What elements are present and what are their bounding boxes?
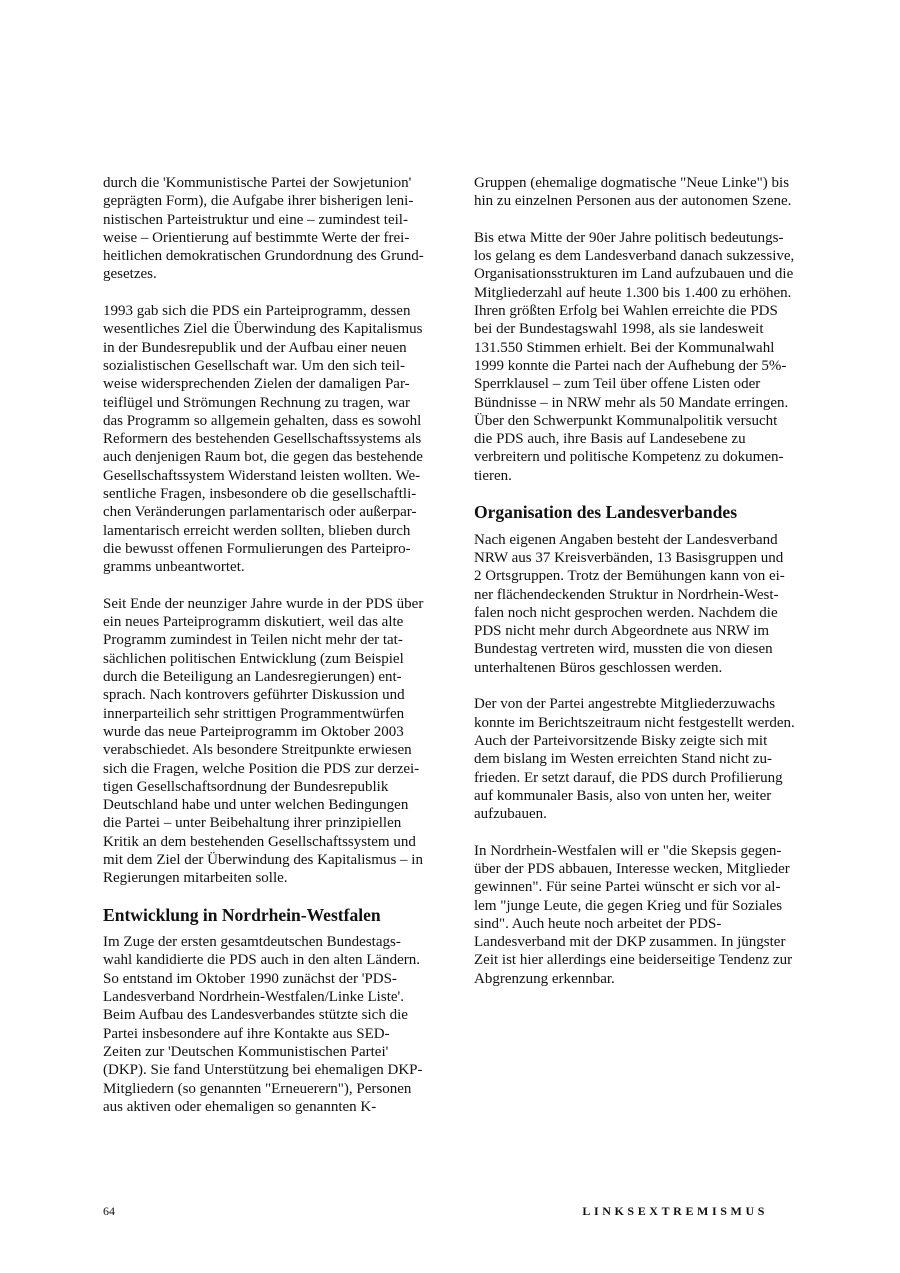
text-line: Partei insbesondere auf ihre Kontakte au… bbox=[103, 1025, 443, 1043]
text-line: Organisationsstrukturen im Land aufzubau… bbox=[474, 265, 814, 283]
text-line: NRW aus 37 Kreisverbänden, 13 Basisgrupp… bbox=[474, 549, 814, 567]
paragraph: Bis etwa Mitte der 90er Jahre politisch … bbox=[474, 229, 814, 485]
text-line: Der von der Partei angestrebte Mitgliede… bbox=[474, 695, 814, 713]
text-line: Gruppen (ehemalige dogmatische "Neue Lin… bbox=[474, 174, 814, 192]
text-line: Landesverband Nordrhein-Westfalen/Linke … bbox=[103, 988, 443, 1006]
paragraph: Gruppen (ehemalige dogmatische "Neue Lin… bbox=[474, 174, 814, 211]
text-line: Über den Schwerpunkt Kommunalpolitik ver… bbox=[474, 412, 814, 430]
text-line: weise – Orientierung auf bestimmte Werte… bbox=[103, 229, 443, 247]
text-line: Abgrenzung erkennbar. bbox=[474, 970, 814, 988]
text-line: gesetzes. bbox=[103, 265, 443, 283]
text-line: konnte im Berichtszeitraum nicht festges… bbox=[474, 714, 814, 732]
text-line: nistischen Parteistruktur und eine – zum… bbox=[103, 211, 443, 229]
text-line: tigen Gesellschaftsordnung der Bundesrep… bbox=[103, 778, 443, 796]
text-line: 1999 konnte die Partei nach der Aufhebun… bbox=[474, 357, 814, 375]
text-line: Im Zuge der ersten gesamtdeutschen Bunde… bbox=[103, 933, 443, 951]
section-heading: Entwicklung in Nordrhein-Westfalen bbox=[103, 906, 443, 924]
text-line: ein neues Parteiprogramm diskutiert, wei… bbox=[103, 613, 443, 631]
text-line: lamentarisch erreicht werden sollten, bl… bbox=[103, 522, 443, 540]
text-line: Auch der Parteivorsitzende Bisky zeigte … bbox=[474, 732, 814, 750]
text-line: Nach eigenen Angaben besteht der Landesv… bbox=[474, 531, 814, 549]
text-line: Seit Ende der neunziger Jahre wurde in d… bbox=[103, 595, 443, 613]
text-line: das Programm so allgemein gehalten, dass… bbox=[103, 412, 443, 430]
paragraph: In Nordrhein-Westfalen will er "die Skep… bbox=[474, 842, 814, 988]
text-line: sprach. Nach kontrovers geführter Diskus… bbox=[103, 686, 443, 704]
paragraph: Seit Ende der neunziger Jahre wurde in d… bbox=[103, 595, 443, 888]
text-line: unterhaltenen Büros geschlossen werden. bbox=[474, 659, 814, 677]
text-line: 1993 gab sich die PDS ein Parteiprogramm… bbox=[103, 302, 443, 320]
paragraph: 1993 gab sich die PDS ein Parteiprogramm… bbox=[103, 302, 443, 576]
text-line: tieren. bbox=[474, 467, 814, 485]
text-line: 2 Ortsgruppen. Trotz der Bemühungen kann… bbox=[474, 567, 814, 585]
text-line: wurde das neue Parteiprogramm im Oktober… bbox=[103, 723, 443, 741]
text-line: gewinnen". Für seine Partei wünscht er s… bbox=[474, 878, 814, 896]
text-line: Zeit ist hier allerdings eine beiderseit… bbox=[474, 951, 814, 969]
text-line: Bis etwa Mitte der 90er Jahre politisch … bbox=[474, 229, 814, 247]
text-line: PDS nicht mehr durch Abgeordnete aus NRW… bbox=[474, 622, 814, 640]
text-line: (DKP). Sie fand Unterstützung bei ehemal… bbox=[103, 1061, 443, 1079]
text-line: mit dem Ziel der Überwindung des Kapital… bbox=[103, 851, 443, 869]
running-title: LINKSEXTREMISMUS bbox=[582, 1204, 768, 1219]
paragraph: Im Zuge der ersten gesamtdeutschen Bunde… bbox=[103, 933, 443, 1116]
text-line: Programm zumindest in Teilen nicht mehr … bbox=[103, 631, 443, 649]
page-footer: 64 LINKSEXTREMISMUS bbox=[103, 1204, 768, 1219]
text-line: Kritik an dem bestehenden Gesellschaftss… bbox=[103, 833, 443, 851]
text-line: Zeiten zur 'Deutschen Kommunistischen Pa… bbox=[103, 1043, 443, 1061]
text-line: hin zu einzelnen Personen aus der autono… bbox=[474, 192, 814, 210]
text-line: aufzubauen. bbox=[474, 805, 814, 823]
text-line: Reformern des bestehenden Gesellschaftss… bbox=[103, 430, 443, 448]
text-line: chen Veränderungen parlamentarisch oder … bbox=[103, 503, 443, 521]
text-line: die bewusst offenen Formulierungen des P… bbox=[103, 540, 443, 558]
text-line: Mitgliederzahl auf heute 1.300 bis 1.400… bbox=[474, 284, 814, 302]
text-line: In Nordrhein-Westfalen will er "die Skep… bbox=[474, 842, 814, 860]
right-column: Gruppen (ehemalige dogmatische "Neue Lin… bbox=[474, 174, 814, 1006]
paragraph: Der von der Partei angestrebte Mitgliede… bbox=[474, 695, 814, 823]
text-line: verabschiedet. Als besondere Streitpunkt… bbox=[103, 741, 443, 759]
text-line: auch denjenigen Raum bot, die gegen das … bbox=[103, 448, 443, 466]
text-line: bei der Bundestagswahl 1998, als sie lan… bbox=[474, 320, 814, 338]
text-line: frieden. Er setzt darauf, die PDS durch … bbox=[474, 769, 814, 787]
paragraph: durch die 'Kommunistische Partei der Sow… bbox=[103, 174, 443, 284]
text-line: die Partei – unter Beibehaltung ihrer pr… bbox=[103, 814, 443, 832]
text-line: dem bislang im Westen erreichten Stand n… bbox=[474, 750, 814, 768]
text-line: Beim Aufbau des Landesverbandes stützte … bbox=[103, 1006, 443, 1024]
text-line: über der PDS abbauen, Interesse wecken, … bbox=[474, 860, 814, 878]
text-line: wesentliches Ziel die Überwindung des Ka… bbox=[103, 320, 443, 338]
text-line: Deutschland habe und unter welchen Bedin… bbox=[103, 796, 443, 814]
text-line: verbreitern und politische Kompetenz zu … bbox=[474, 448, 814, 466]
text-line: Mitgliedern (so genannten "Erneuerern"),… bbox=[103, 1080, 443, 1098]
text-line: innerparteilich sehr strittigen Programm… bbox=[103, 705, 443, 723]
text-line: Ihren größten Erfolg bei Wahlen erreicht… bbox=[474, 302, 814, 320]
section-heading: Organisation des Landesverbandes bbox=[474, 503, 814, 521]
text-line: sind". Auch heute noch arbeitet der PDS- bbox=[474, 915, 814, 933]
text-line: lem "junge Leute, die gegen Krieg und fü… bbox=[474, 897, 814, 915]
text-line: weise widersprechenden Zielen der damali… bbox=[103, 375, 443, 393]
text-line: sächlichen politischen Entwicklung (zum … bbox=[103, 650, 443, 668]
text-line: sozialistischen Gesellschaft war. Um den… bbox=[103, 357, 443, 375]
text-line: teiflügel und Strömungen Rechnung zu tra… bbox=[103, 394, 443, 412]
text-line: Bundestag vertreten wird, mussten die vo… bbox=[474, 640, 814, 658]
text-line: sich die Fragen, welche Position die PDS… bbox=[103, 760, 443, 778]
text-line: Sperrklausel – zum Teil über offene List… bbox=[474, 375, 814, 393]
text-line: wahl kandidierte die PDS auch in den alt… bbox=[103, 951, 443, 969]
text-line: 131.550 Stimmen erhielt. Bei der Kommuna… bbox=[474, 339, 814, 357]
text-line: Landesverband mit der DKP zusammen. In j… bbox=[474, 933, 814, 951]
text-line: sentliche Fragen, insbesondere ob die ge… bbox=[103, 485, 443, 503]
paragraph: Nach eigenen Angaben besteht der Landesv… bbox=[474, 531, 814, 677]
text-line: auf kommunaler Basis, also von unten her… bbox=[474, 787, 814, 805]
text-line: heitlichen demokratischen Grundordnung d… bbox=[103, 247, 443, 265]
text-line: geprägten Form), die Aufgabe ihrer bishe… bbox=[103, 192, 443, 210]
page-number: 64 bbox=[103, 1204, 115, 1219]
text-line: aus aktiven oder ehemaligen so genannten… bbox=[103, 1098, 443, 1116]
text-line: los gelang es dem Landesverband danach s… bbox=[474, 247, 814, 265]
text-line: Gesellschaftssystem Widerstand leisten w… bbox=[103, 467, 443, 485]
text-line: die PDS auch, ihre Basis auf Landesebene… bbox=[474, 430, 814, 448]
text-line: falen noch nicht gesprochen werden. Nach… bbox=[474, 604, 814, 622]
left-column: durch die 'Kommunistische Partei der Sow… bbox=[103, 174, 443, 1134]
text-line: gramms unbeantwortet. bbox=[103, 558, 443, 576]
text-line: Regierungen mitarbeiten solle. bbox=[103, 869, 443, 887]
text-line: durch die 'Kommunistische Partei der Sow… bbox=[103, 174, 443, 192]
text-line: Bündnisse – in NRW mehr als 50 Mandate e… bbox=[474, 394, 814, 412]
text-line: durch die Beteiligung an Landesregierung… bbox=[103, 668, 443, 686]
text-line: So entstand im Oktober 1990 zunächst der… bbox=[103, 970, 443, 988]
text-line: ner flächendeckenden Struktur in Nordrhe… bbox=[474, 586, 814, 604]
text-line: in der Bundesrepublik und der Aufbau ein… bbox=[103, 339, 443, 357]
